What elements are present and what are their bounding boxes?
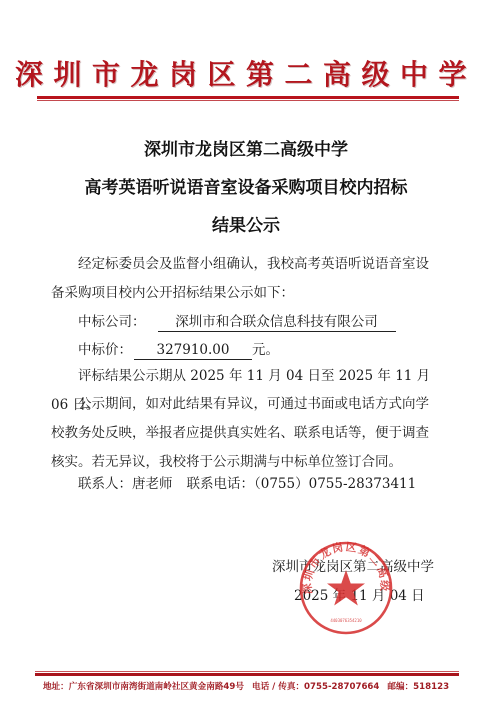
footer-address: 地址：广东省深圳市南湾街道南岭社区黄金南路49号 [43,682,244,692]
contact-phone-label: 联系电话： [187,476,255,492]
footer-postcode: 邮编：518123 [387,682,449,692]
contact-person-label: 联系人： [78,476,132,492]
masthead-school-name: 深圳市龙岗区第二高级中学 [0,58,492,92]
winner-value: 深圳市和合联众信息科技有限公司 [158,314,396,332]
footer-phone-fax: 电话 / 传真：0755-28707664 [252,682,379,692]
footer-divider-thick [35,673,459,676]
price-value: 327910.00 [134,342,252,360]
price-row: 中标价：327910.00元。 [78,340,279,360]
intro-paragraph: 经定标委员会及监督小组确认，我校高考英语听说语音室设备采购项目校内公开招标结果公… [51,250,431,308]
svg-text:4403076354210: 4403076354210 [330,618,362,623]
official-seal: 深圳市龙岗区第二高级中学 4403076354210 [298,540,394,636]
price-label: 中标价： [78,342,132,358]
winner-label: 中标公司： [78,314,146,330]
seal-icon: 深圳市龙岗区第二高级中学 4403076354210 [298,540,394,636]
contact-row: 联系人：唐老师联系电话：（0755）0755-28373411 [78,474,416,494]
doc-title-school: 深圳市龙岗区第二高级中学 [0,140,492,160]
masthead-divider-thin [37,100,459,101]
doc-title-result: 结果公示 [0,216,492,236]
footer-divider-thin [35,671,459,672]
footer-contact: 地址：广东省深圳市南湾街道南岭社区黄金南路49号电话 / 传真：0755-287… [0,680,492,694]
price-unit: 元。 [252,342,279,358]
contact-person: 唐老师 [132,476,173,492]
objection-paragraph: 公示期间，如对此结果有异议，可通过书面或电话方式向学校教务处反映，举报者应提供真… [51,390,433,477]
masthead-divider-thick [37,96,459,99]
contact-phone: （0755）0755-28373411 [254,476,416,492]
winner-row: 中标公司：深圳市和合联众信息科技有限公司 [78,312,396,332]
doc-title-project: 高考英语听说语音室设备采购项目校内招标 [0,178,492,198]
